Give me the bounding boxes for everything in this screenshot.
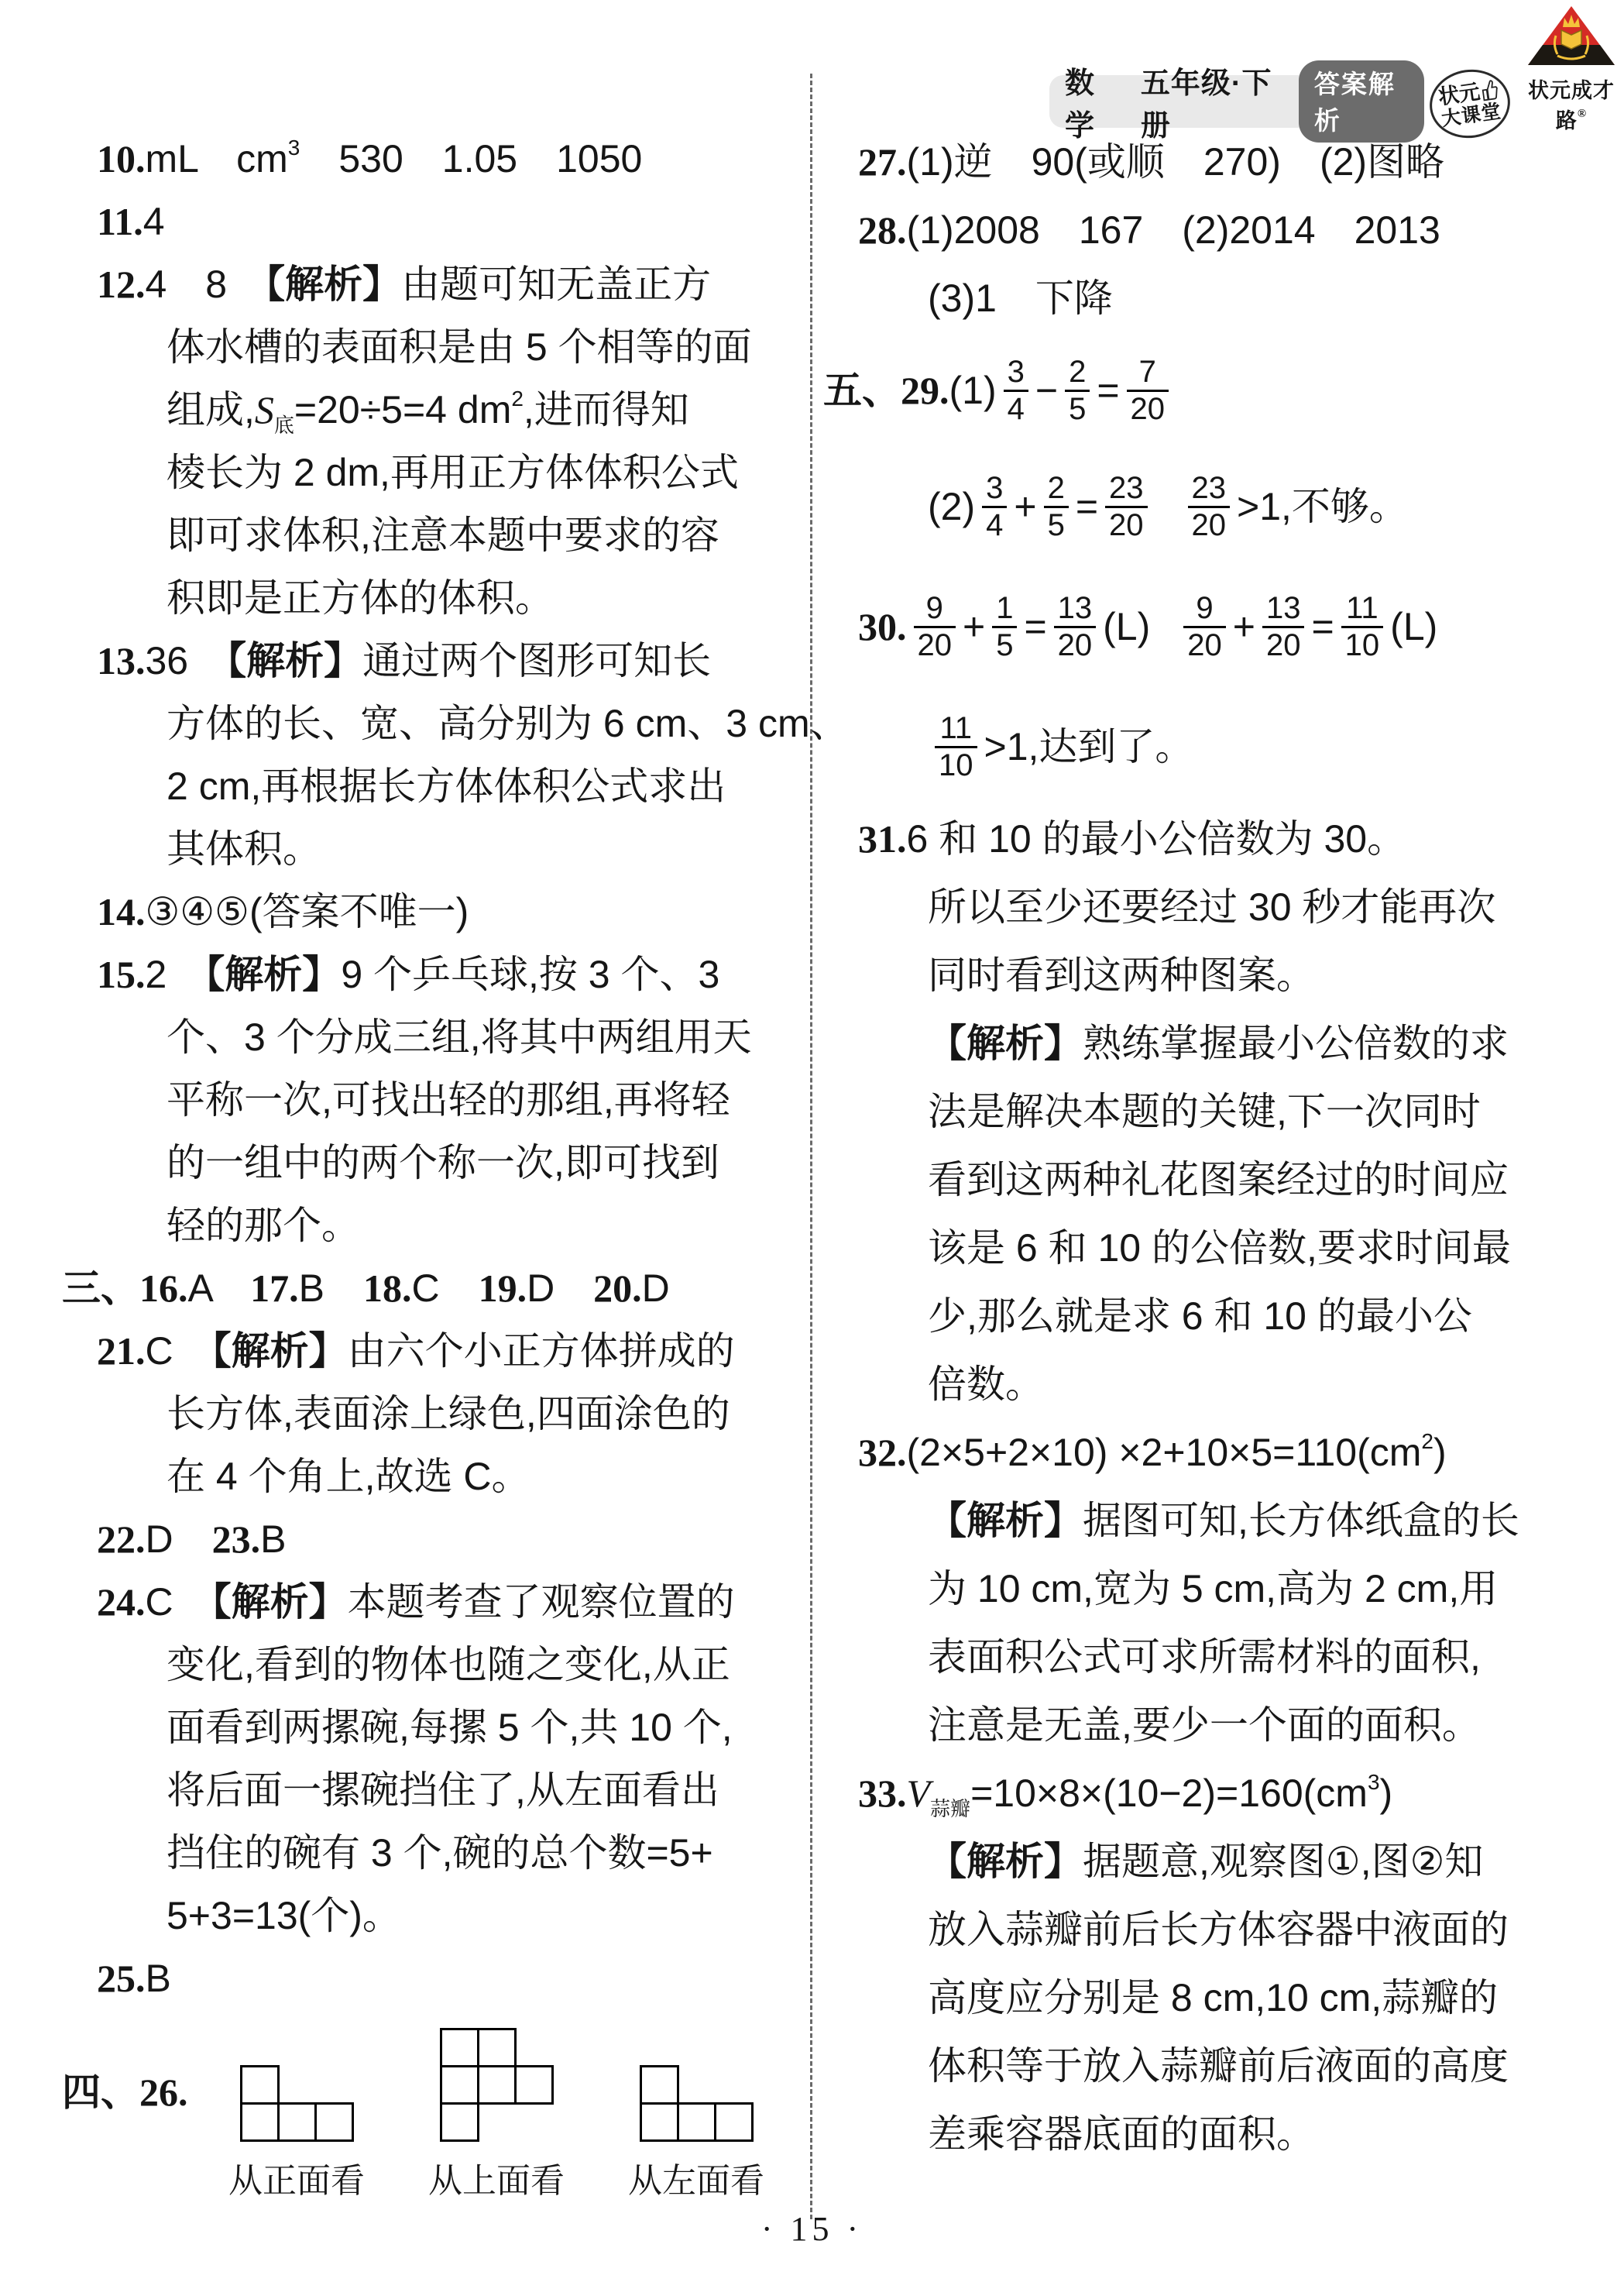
answer-line: 13.36 【解析】通过两个图形可知长 <box>97 630 798 693</box>
answer-line: 28.(1)2008 167 (2)2014 2013 <box>858 196 1594 264</box>
fraction: 920 <box>914 591 956 663</box>
answer-line: 三、16.A 17.B 18.C 19.D 20.D <box>97 1257 798 1320</box>
answer-line: 看到这两种礼花图案经过的时间应 <box>858 1146 1594 1214</box>
fraction: 34 <box>1004 355 1028 427</box>
brand-logo-text: 状元成才路® <box>1524 74 1619 134</box>
answer-line: 长方体,表面涂上绿色,四面涂色的 <box>97 1383 798 1445</box>
fraction: 25 <box>1044 471 1069 543</box>
fraction: 1110 <box>935 711 977 783</box>
answer-line: 即可求体积,注意本题中要求的容 <box>97 504 798 567</box>
view-diagram: 从正面看 <box>228 2065 365 2202</box>
grid-cell <box>477 2028 517 2067</box>
left-column-lines: 10.mL cm3 530 1.05 105011.412.4 8 【解析】由题… <box>97 128 798 2010</box>
answer-line: 11.4 <box>97 191 798 253</box>
answer-line: 31.6 和 10 的最小公倍数为 30。 <box>858 805 1594 873</box>
cube-grid <box>440 2028 554 2142</box>
page-number: · 15 · <box>0 2209 1624 2249</box>
brand-logo-icon <box>1526 5 1616 68</box>
cube-grid <box>240 2065 354 2142</box>
grid-cell <box>677 2102 716 2142</box>
answer-line: 24.C 【解析】本题考查了观察位置的 <box>97 1571 798 1634</box>
grid-cell <box>640 2065 679 2105</box>
answer-line: 10.mL cm3 530 1.05 1050 <box>97 128 798 191</box>
answer-line: 法是解决本题的关键,下一次同时 <box>858 1077 1594 1146</box>
diagram-label: 从左面看 <box>628 2153 764 2202</box>
answer-line: 12.4 8 【解析】由题可知无盖正方 <box>97 253 798 316</box>
answer-line: 25.B <box>97 1947 798 2010</box>
answer-line: 放入蒜瓣前后长方体容器中液面的 <box>858 1895 1594 1964</box>
answer-line: 的一组中的两个称一次,即可找到 <box>97 1132 798 1194</box>
fraction: 720 <box>1127 355 1169 427</box>
diagram-label: 从上面看 <box>428 2153 565 2202</box>
answer-line: 差乘容器底面的面积。 <box>858 2100 1594 2168</box>
answer-line: 高度应分别是 8 cm,10 cm,蒜瓣的 <box>858 1964 1594 2032</box>
answer-line: 组成,S底=20÷5=4 dm2,进而得知 <box>97 379 798 442</box>
grid-cell <box>714 2102 754 2142</box>
view-diagram: 从左面看 <box>628 2065 764 2202</box>
answer-line: 27.(1)逆 90(或顺 270) (2)图略 <box>858 128 1594 196</box>
answer-line: 【解析】熟练掌握最小公倍数的求 <box>858 1009 1594 1077</box>
answer-line: 30.920 + 15 = 1320(L)920 + 1320 = 1110(L… <box>858 565 1594 689</box>
answer-line: 面看到两摞碗,每摞 5 个,共 10 个, <box>97 1696 798 1759</box>
answer-line: (3)1 下降 <box>858 264 1594 332</box>
fraction: 25 <box>1065 355 1090 427</box>
diagram-label: 从正面看 <box>228 2153 365 2202</box>
grid-cell <box>440 2065 479 2105</box>
fraction: 15 <box>992 591 1017 663</box>
fraction: 1320 <box>1262 591 1305 663</box>
answer-line: 2 cm,再根据长方体体积公式求出 <box>97 755 798 818</box>
cube-grid <box>640 2065 754 2142</box>
thumbs-up-icon <box>1478 78 1500 102</box>
grid-cell <box>440 2102 479 2142</box>
answer-line: 14.③④⑤(答案不唯一) <box>97 881 798 943</box>
answer-line: 1110 >1,达到了。 <box>858 689 1594 805</box>
diagram-block: 四、26. 从正面看从上面看从左面看 <box>97 2024 798 2202</box>
view-diagram: 从上面看 <box>428 2028 565 2202</box>
grid-cell <box>514 2065 554 2105</box>
right-column: 27.(1)逆 90(或顺 270) (2)图略28.(1)2008 167 (… <box>858 128 1594 2168</box>
grid-cell <box>277 2102 317 2142</box>
grid-cell <box>640 2102 679 2142</box>
answer-line: 该是 6 和 10 的公倍数,要求时间最 <box>858 1214 1594 1282</box>
answer-line: 【解析】据题意,观察图①,图②知 <box>858 1827 1594 1895</box>
answer-line: (2)34 + 25 = 23202320 >1,不够。 <box>858 448 1594 565</box>
answer-line: 【解析】据图可知,长方体纸盒的长 <box>858 1486 1594 1555</box>
answer-line: 其体积。 <box>97 818 798 881</box>
brand-logo: 状元成才路® <box>1524 5 1619 134</box>
answer-line: 积即是正方体的体积。 <box>97 567 798 630</box>
answer-page: 数学 五年级·下册 答案解析 状元 大课堂 状元成才路® 10.mL cm3 5… <box>0 0 1624 2282</box>
grid-cell <box>240 2065 280 2105</box>
answer-line: 倍数。 <box>858 1350 1594 1418</box>
answer-line: 轻的那个。 <box>97 1194 798 1257</box>
answer-line: 体水槽的表面积是由 5 个相等的面 <box>97 316 798 379</box>
fraction: 2320 <box>1188 471 1231 543</box>
view-diagrams: 从正面看从上面看从左面看 <box>228 2028 764 2202</box>
answer-line: 将后面一摞碗挡住了,从左面看出 <box>97 1759 798 1822</box>
fraction: 1320 <box>1054 591 1097 663</box>
answer-line: 少,那么就是求 6 和 10 的最小公 <box>858 1282 1594 1350</box>
answer-line: 挡住的碗有 3 个,碗的总个数=5+ <box>97 1822 798 1885</box>
fraction: 34 <box>982 471 1007 543</box>
answer-line: 5+3=13(个)。 <box>97 1885 798 1947</box>
answer-line: 变化,看到的物体也随之变化,从正 <box>97 1634 798 1696</box>
fraction: 1110 <box>1341 591 1384 663</box>
item-26-prefix: 四、26. <box>62 2061 188 2117</box>
answer-line: 为 10 cm,宽为 5 cm,高为 2 cm,用 <box>858 1555 1594 1623</box>
answer-line: 体积等于放入蒜瓣前后液面的高度 <box>858 2032 1594 2100</box>
grid-cell <box>240 2102 280 2142</box>
fraction: 2320 <box>1105 471 1148 543</box>
grid-cell <box>314 2102 354 2142</box>
answer-line: 所以至少还要经过 30 秒才能再次 <box>858 873 1594 941</box>
answer-line: 方体的长、宽、高分别为 6 cm、3 cm、 <box>97 693 798 755</box>
left-column: 10.mL cm3 530 1.05 105011.412.4 8 【解析】由题… <box>97 128 798 2202</box>
answer-line: 22.D 23.B <box>97 1508 798 1571</box>
answer-line: 32.(2×5+2×10) ×2+10×5=110(cm2) <box>858 1418 1594 1486</box>
grid-cell <box>440 2028 479 2067</box>
answer-line: 注意是无盖,要少一个面的面积。 <box>858 1691 1594 1759</box>
grid-cell <box>477 2065 517 2105</box>
answer-line: 21.C 【解析】由六个小正方体拼成的 <box>97 1320 798 1383</box>
header-bar: 数学 五年级·下册 答案解析 <box>1049 75 1424 128</box>
registered-mark: ® <box>1578 108 1587 120</box>
answer-line: 表面积公式可求所需材料的面积, <box>858 1623 1594 1691</box>
answer-line: 个、3 个分成三组,将其中两组用天 <box>97 1006 798 1069</box>
fraction: 920 <box>1183 591 1226 663</box>
answer-line: 在 4 个角上,故选 C。 <box>97 1445 798 1508</box>
answer-line: 15.2 【解析】9 个乒乓球,按 3 个、3 <box>97 943 798 1006</box>
column-divider <box>810 74 812 2219</box>
answer-line: 五、29.(1)34 − 25 = 720 <box>823 332 1594 448</box>
answer-line: 同时看到这两种图案。 <box>858 941 1594 1009</box>
answer-line: 棱长为 2 dm,再用正方体体积公式 <box>97 442 798 504</box>
answer-line: 平称一次,可找出轻的那组,再将轻 <box>97 1069 798 1132</box>
answer-line: 33.V蒜瓣=10×8×(10−2)=160(cm3) <box>858 1759 1594 1827</box>
